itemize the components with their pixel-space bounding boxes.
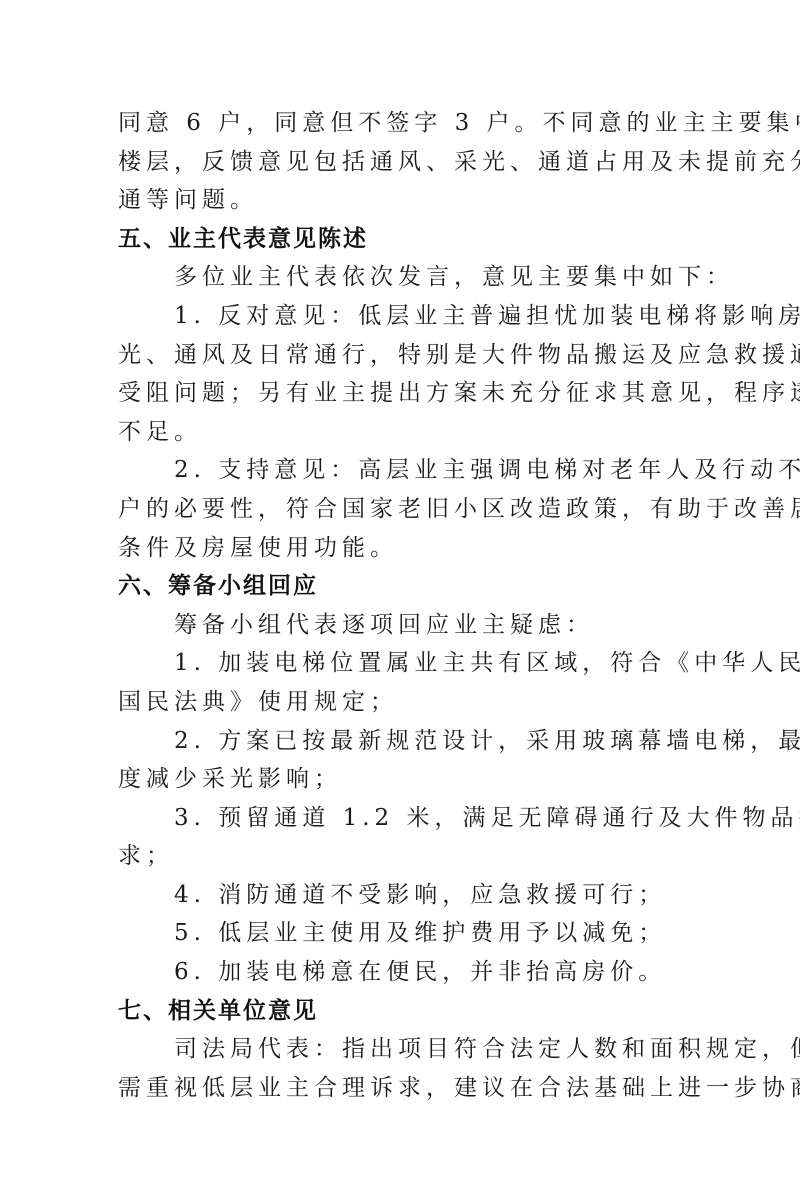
- paragraph-line: 5. 低层业主使用及维护费用予以减免；: [118, 914, 680, 953]
- paragraph-line: 同意 6 户，同意但不签字 3 户。不同意的业主主要集中于低: [118, 104, 680, 143]
- paragraph-line: 多位业主代表依次发言，意见主要集中如下：: [118, 258, 680, 297]
- paragraph-line: 1. 加装电梯位置属业主共有区域，符合《中华人民共和: [118, 644, 680, 683]
- paragraph-line: 光、通风及日常通行，特别是大件物品搬运及应急救援通道: [118, 336, 680, 375]
- paragraph-line: 户的必要性，符合国家老旧小区改造政策，有助于改善居住: [118, 490, 680, 529]
- paragraph-line: 司法局代表：指出项目符合法定人数和面积规定，但仍: [118, 1030, 680, 1069]
- paragraph-line: 2. 支持意见：高层业主强调电梯对老年人及行动不便住: [118, 451, 680, 490]
- paragraph-line: 6. 加装电梯意在便民，并非抬高房价。: [118, 953, 680, 992]
- paragraph-line: 3. 预留通道 1.2 米，满足无障碍通行及大件物品搬运需: [118, 799, 680, 838]
- paragraph-line: 筹备小组代表逐项回应业主疑虑：: [118, 606, 680, 645]
- paragraph-line: 需重视低层业主合理诉求，建议在合法基础上进一步协商，: [118, 1069, 680, 1108]
- paragraph-line: 4. 消防通道不受影响，应急救援可行；: [118, 876, 680, 915]
- section-heading-6: 六、筹备小组回应: [118, 567, 680, 606]
- document-page: 同意 6 户，同意但不签字 3 户。不同意的业主主要集中于低 楼层，反馈意见包括…: [118, 104, 680, 1107]
- paragraph-line: 求；: [118, 837, 680, 876]
- paragraph-line: 受阻问题；另有业主提出方案未充分征求其意见，程序透明: [118, 374, 680, 413]
- paragraph-line: 不足。: [118, 413, 680, 452]
- section-heading-5: 五、业主代表意见陈述: [118, 220, 680, 259]
- paragraph-line: 国民法典》使用规定；: [118, 683, 680, 722]
- paragraph-line: 楼层，反馈意见包括通风、采光、通道占用及未提前充分沟: [118, 143, 680, 182]
- paragraph-line: 度减少采光影响；: [118, 760, 680, 799]
- paragraph-line: 条件及房屋使用功能。: [118, 529, 680, 568]
- section-heading-7: 七、相关单位意见: [118, 992, 680, 1031]
- paragraph-line: 1. 反对意见：低层业主普遍担忧加装电梯将影响房屋采: [118, 297, 680, 336]
- paragraph-line: 2. 方案已按最新规范设计，采用玻璃幕墙电梯，最大限: [118, 722, 680, 761]
- paragraph-line: 通等问题。: [118, 181, 680, 220]
